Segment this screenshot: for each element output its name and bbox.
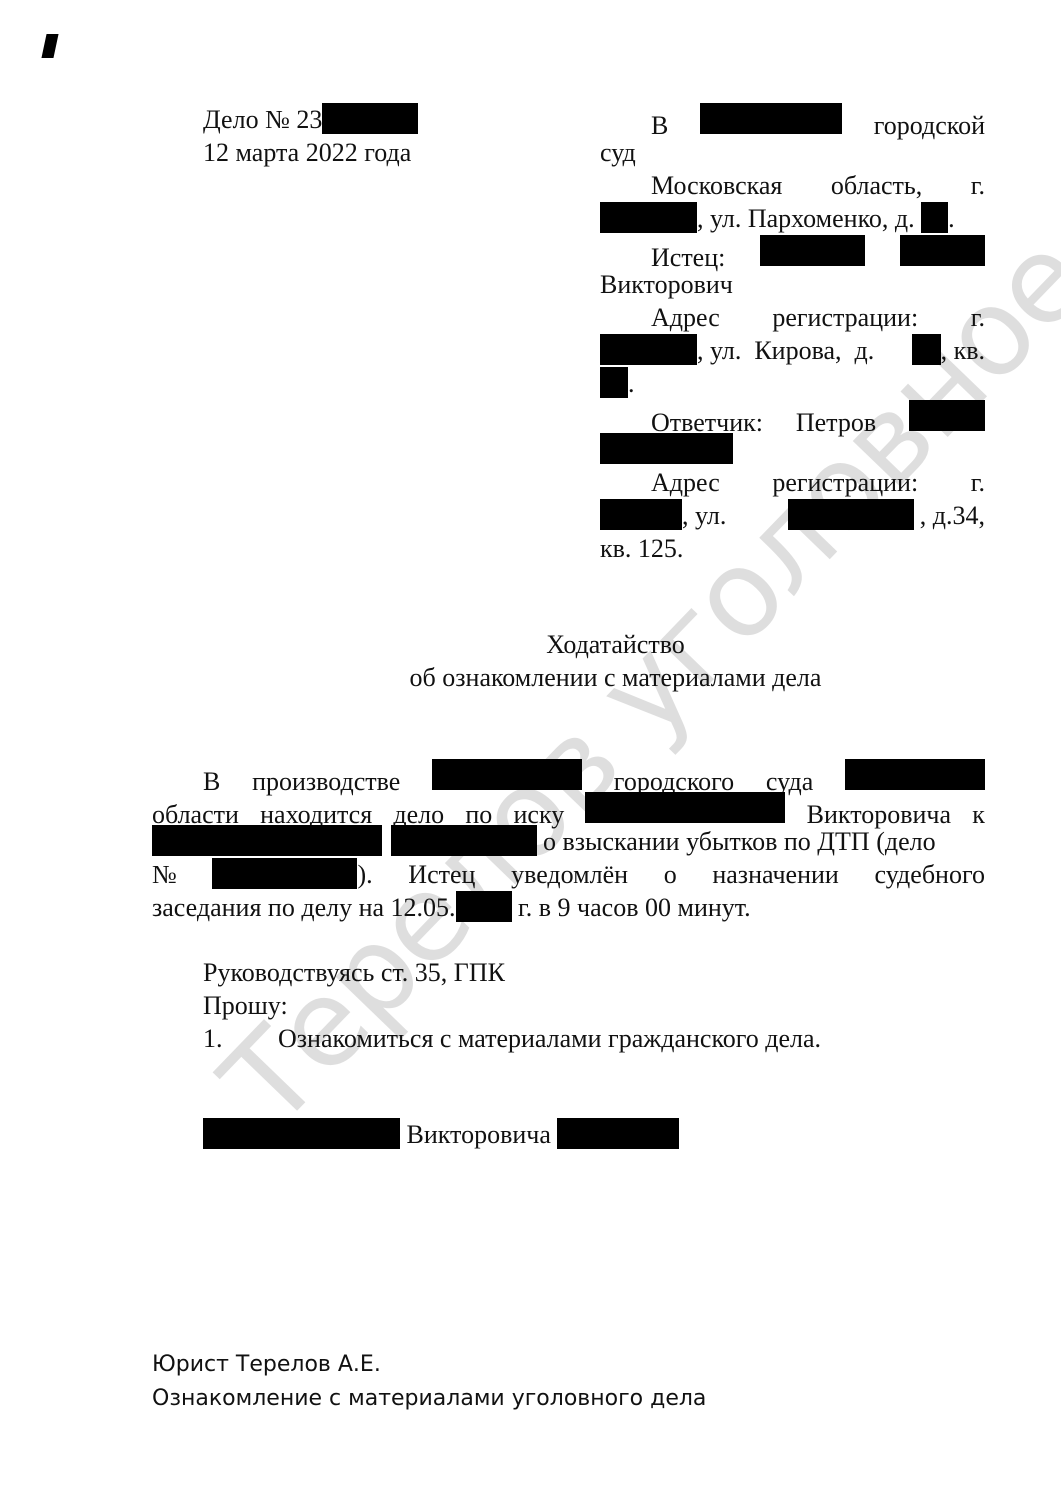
redaction-box (909, 400, 985, 431)
corner-scan-mark (41, 34, 58, 58)
redaction-box (600, 499, 682, 530)
redaction-box (700, 103, 842, 134)
body-word: к (972, 798, 985, 831)
redaction-box (760, 235, 865, 266)
request-item-number: 1. (203, 1022, 278, 1055)
redaction-box (557, 1118, 679, 1149)
plaintiff-city-prefix: г. (971, 301, 985, 334)
redaction-box (432, 759, 582, 790)
redaction-box (585, 792, 785, 823)
punctuation: . (628, 369, 635, 398)
defendant-street-label: , ул. (682, 501, 726, 530)
defendant-house: , д.34, (920, 501, 985, 530)
footer-author: Юрист Терелов А.Е. (152, 1348, 706, 1382)
body-word: назначении (712, 858, 839, 891)
body-word: производстве (252, 765, 400, 798)
body-word: уведомлён (511, 858, 628, 891)
body-word: В (203, 765, 220, 798)
signature-line: Викторовича (203, 1118, 679, 1151)
redaction-box (912, 334, 941, 365)
body-text: о взыскании убытков по ДТП (дело (543, 827, 936, 856)
defendant-line: Ответчик: Петров (600, 400, 985, 433)
request-block: Руководствуясь ст. 35, ГПК Прошу: 1.Озна… (203, 956, 821, 1055)
defendant-reg-label-2: регистрации: (772, 466, 918, 499)
document-page: Терелов уголовное Дело № 23 12 марта 202… (0, 0, 1061, 1500)
redaction-box (600, 367, 628, 398)
request-label: Прошу: (203, 989, 821, 1022)
addressee-block: В городской суд Московская область, г. ,… (600, 103, 985, 565)
footer-subject: Ознакомление с материалами уголовного де… (152, 1382, 706, 1416)
body-text: г. в 9 часов 00 минут. (512, 893, 751, 922)
redaction-box (203, 1118, 400, 1149)
plaintiff-line: Истец: (600, 235, 985, 268)
redaction-box (600, 433, 733, 464)
plaintiff-apt-label: , кв. (941, 336, 985, 365)
plaintiff-patronymic: Викторович (600, 268, 985, 301)
document-title: Ходатайство об ознакомлении с материалам… (0, 628, 1061, 694)
body-word: о (664, 858, 677, 891)
redaction-box (921, 202, 948, 233)
redaction-box (152, 825, 382, 856)
defendant-surname: Петров (796, 406, 876, 439)
case-number-label: Дело № 23 (203, 105, 322, 134)
body-word: № (152, 858, 177, 891)
legal-basis: Руководствуясь ст. 35, ГПК (203, 956, 821, 989)
court-suffix: городской (874, 109, 985, 142)
body-text: заседания по делу на 12.05. (152, 893, 456, 922)
signature-patronymic: Викторовича (407, 1120, 551, 1149)
defendant-city-prefix: г. (971, 466, 985, 499)
redaction-box (391, 825, 537, 856)
court-street: , ул. Пархоменко, д. (697, 204, 915, 233)
defendant-apartment: кв. 125. (600, 532, 985, 565)
body-word: судебного (875, 858, 986, 891)
plaintiff-reg-label-2: регистрации: (772, 301, 918, 334)
court-prefix: В (651, 109, 668, 142)
redaction-box (600, 334, 697, 365)
body-word: Истец (408, 858, 475, 891)
body-paragraph: В производстве городского суда области н… (152, 759, 985, 924)
address-region: Московская (651, 169, 782, 202)
request-item-text: Ознакомиться с материалами гражданского … (278, 1024, 821, 1053)
title-line-1: Ходатайство (170, 628, 1061, 661)
footer: Юрист Терелов А.Е. Ознакомление с матери… (152, 1348, 706, 1416)
document-date: 12 марта 2022 года (203, 136, 418, 169)
defendant-reg-label: Адрес (651, 466, 720, 499)
body-word: ). (357, 860, 372, 889)
plaintiff-reg-label: Адрес (651, 301, 720, 334)
address-city-prefix: г. (971, 169, 985, 202)
address-region-word: область, (831, 169, 922, 202)
redaction-box (788, 499, 914, 530)
punctuation: . (948, 204, 955, 233)
title-line-2: об ознакомлении с материалами дела (170, 661, 1061, 694)
plaintiff-street: , ул. Кирова, д. (697, 336, 874, 365)
case-header: Дело № 23 12 марта 2022 года (203, 103, 418, 169)
redaction-box (900, 235, 985, 266)
redaction-box (600, 202, 697, 233)
redaction-box (456, 891, 512, 922)
redaction-box (322, 103, 418, 134)
redaction-box (845, 759, 985, 790)
redaction-box (212, 858, 357, 889)
